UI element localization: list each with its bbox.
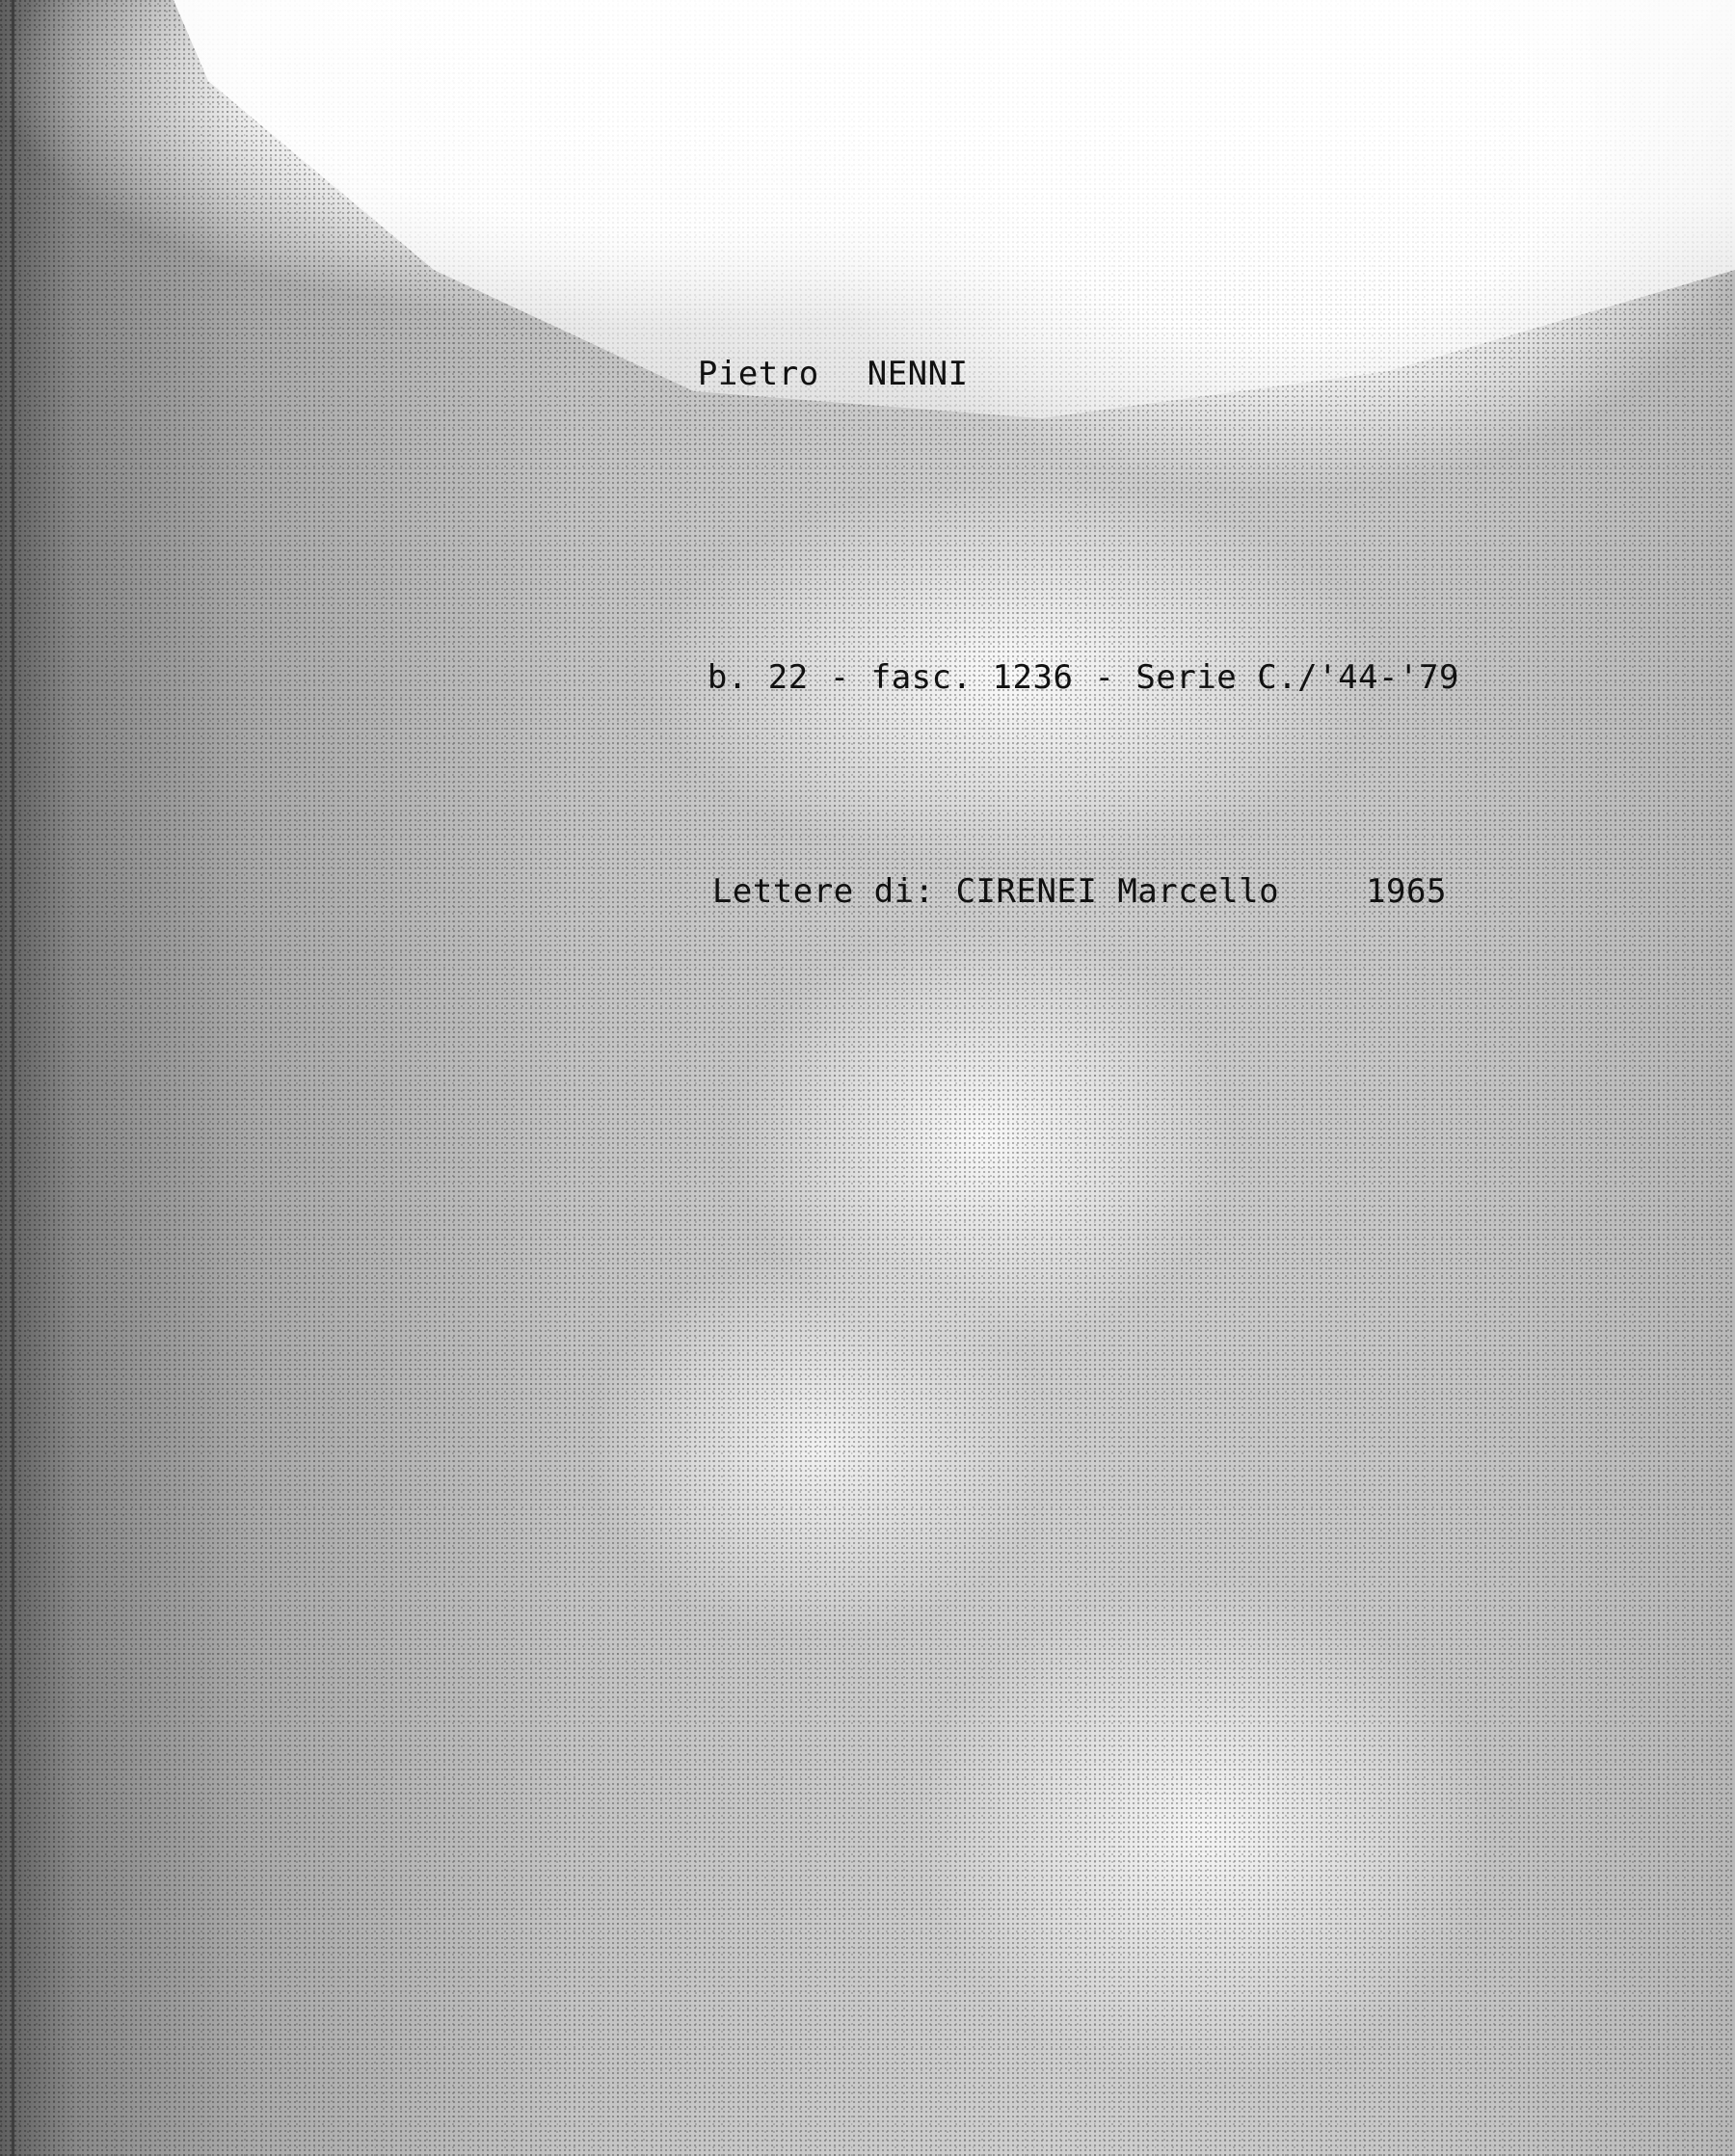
fascicolo-number: fasc. 1236 [871, 658, 1074, 697]
scanned-document-page: PietroNENNI b. 22-fasc. 1236-Serie C./'4… [0, 0, 1735, 2156]
letters-line: Lettere di:CIRENEI Marcello1965 [631, 834, 1447, 949]
letters-year: 1965 [1366, 872, 1447, 911]
letters-label: Lettere di: [712, 872, 935, 911]
serie-label: Serie C./'44-'79 [1135, 658, 1459, 697]
separator: - [830, 658, 850, 697]
first-name: Pietro [698, 355, 819, 393]
separator: - [1094, 658, 1114, 697]
last-name: NENNI [867, 355, 969, 393]
archive-reference: b. 22-fasc. 1236-Serie C./'44-'79 [627, 620, 1459, 735]
binding-edge-line [12, 0, 14, 2156]
letters-author: CIRENEI Marcello [956, 872, 1280, 911]
busta-number: b. 22 [707, 658, 809, 697]
document-title: PietroNENNI [617, 316, 969, 432]
